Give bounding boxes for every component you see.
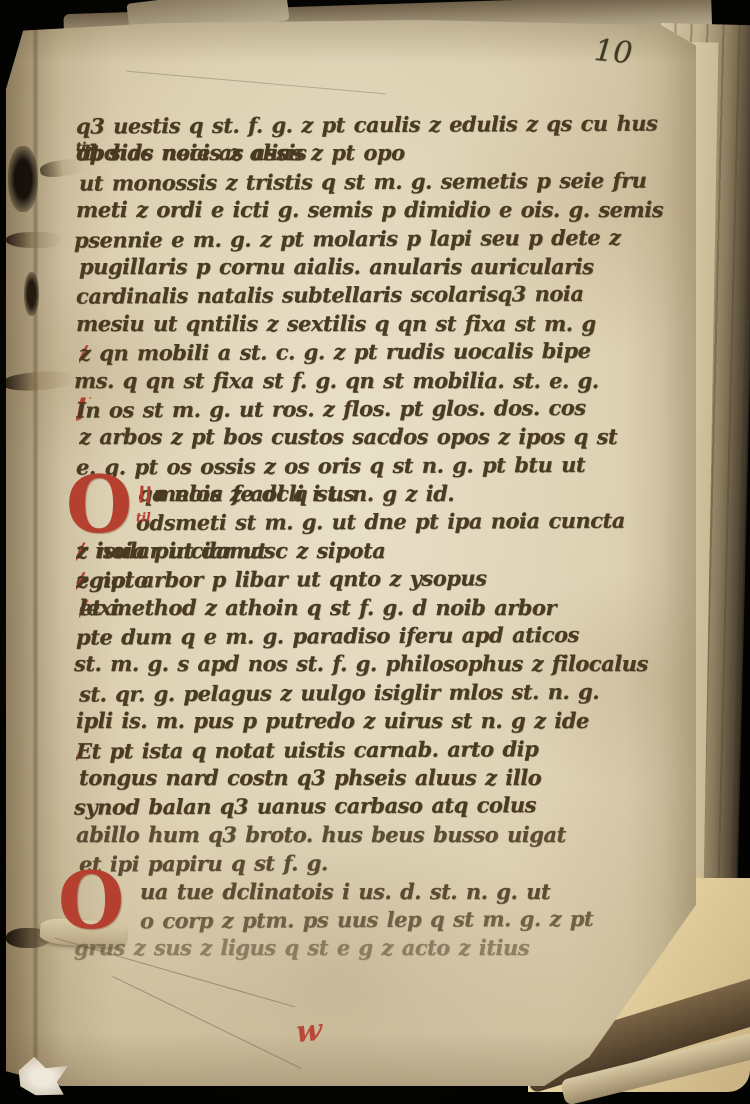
sewing-hole-2 (24, 272, 39, 316)
line-text: et method z athoin q st f. g. d noib arb… (79, 595, 556, 620)
text-line: synod balan q3 uanus carbaso atq colus (74, 792, 664, 823)
line-text: st. qr. g. pelagus z uulgo isiglir mlos … (79, 679, 599, 707)
line-text: ua tue dclinatois i us. d. st. n. g. ut (140, 879, 550, 904)
manuscript-page: 10 q3 uestis q st. f. g. z pt caulis z e… (6, 20, 696, 1086)
line-text: Et pt ista q notat uistis carnab. arto d… (76, 736, 538, 763)
text-line: ua tue dclinatois i us. d. st. n. g. ut (76, 879, 664, 907)
line-text: z qn mobili a st. c. g. z pt rudis uocal… (79, 338, 591, 366)
folio-number: 10 (592, 33, 665, 79)
text-line: cardinalis natalis subtellaris scolarisq… (76, 281, 664, 312)
rubric-mark: til (136, 511, 151, 525)
line-text: ab hac noie as assis (76, 140, 306, 165)
drop-cap-initial-1: O (66, 475, 136, 535)
text-line: /Et pt ista q notat uistis carnab. arto … (76, 735, 664, 766)
sewing-hole-1 (8, 146, 38, 212)
text-line: st. m. g. s apd nos st. f. g. philosophu… (74, 651, 664, 679)
text-block: q3 uestis q st. f. g. z pt caulis z edul… (76, 112, 664, 982)
line-text: synod balan q3 uanus carbaso atq colus (74, 793, 536, 820)
text-line: ms. q qn st fixa st f. g. qn st mobilia.… (74, 368, 664, 396)
line-text: abillo hum q3 broto. hus beus busso uiga… (76, 822, 566, 847)
line-text: lexi (79, 595, 119, 620)
line-text: q3 uestis q st. f. g. z pt caulis z edul… (76, 110, 657, 138)
line-text: pte dum q e m. g. paradiso iferu apd ati… (76, 622, 579, 650)
text-line: o corp z ptm. ps uus lep q st m. g. z pt (76, 905, 664, 936)
text-line: q3 uestis q st. f. g. z pt caulis z edul… (76, 110, 664, 141)
text-line: z arbos z pt bos custos sacdos opos z ip… (79, 424, 664, 452)
text-line: abillo hum q3 broto. hus beus busso uiga… (76, 822, 664, 850)
text-line: egipto / z noi arbor p libar ut qnto z y… (76, 565, 664, 596)
line-text: odsmeti st m. g. ut dne pt ipa noia cunc… (136, 508, 625, 536)
text-line: opotis ut sids necis z alias z pt opota … (76, 140, 664, 168)
line-text: psennie e m. g. z pt molaris p lapi seu … (74, 224, 621, 252)
quire-mark: w (295, 1012, 322, 1050)
text-line: grus z sus z ligus q st e g z acto z iti… (74, 935, 664, 963)
text-line: meti z ordi e icti g. semis p dimidio e … (76, 197, 664, 225)
manuscript-photo: 10 q3 uestis q st. f. g. z pt caulis z e… (0, 0, 750, 1104)
line-text: meti z ordi e icti g. semis p dimidio e … (76, 197, 663, 222)
line-text: st. m. g. s apd nos st. f. g. philosophu… (74, 651, 648, 676)
line-text: z arbos z pt bos custos sacdos opos z ip… (79, 424, 617, 449)
line-text: o corp z ptm. ps uus lep q st m. g. z pt (140, 906, 593, 933)
text-line: ipli is. m. pus p putredo z uirus st n. … (76, 708, 664, 736)
text-line: ut monossis z tristis q st m. g. semetis… (79, 167, 664, 198)
line-text: pugillaris p cornu aialis. anularis auri… (79, 254, 593, 279)
line-text: z noi arbor p libar ut qnto z ysopus (76, 566, 487, 593)
text-line: qa noia fe dcli i us melos z aol q st. n… (76, 481, 664, 509)
line-text: cardinalis natalis subtellaris scolarisq… (76, 281, 584, 309)
text-line: et ipi papiru q st f. g. (79, 849, 664, 880)
text-line: e. g. pt os ossis z os oris q st n. g. p… (76, 451, 664, 482)
line-text: mesiu ut qntilis z sextilis q qn st fixa… (76, 311, 596, 336)
line-text: grus z sus z ligus q st e g z acto z iti… (74, 935, 529, 960)
line-text: ms. q qn st fixa st f. g. qn st mobilia.… (74, 368, 599, 393)
text-line: psennie e m. g. z pt molaris p lapi seu … (74, 224, 664, 255)
line-text: ipli is. m. pus p putredo z uirus st n. … (76, 708, 589, 733)
text-line: pte dum q e m. g. paradiso iferu apd ati… (76, 621, 664, 652)
scratch-mark (126, 71, 385, 95)
line-text: melos z aol q st. n. g z id. (154, 481, 454, 506)
sewing-slit-1 (6, 232, 64, 248)
line-text: tongus nard costn q3 phseis aluus z illo (79, 765, 541, 790)
text-line: odsmeti st m. g. ut dne pt ipa noia cunc… (74, 508, 664, 539)
text-line: pugillaris p cornu aialis. anularis auri… (79, 254, 664, 282)
text-line: tongus nard costn q3 phseis aluus z illo (79, 765, 664, 793)
text-line: ſIn os st m. g. ut ros. z flos. pt glos.… (76, 394, 664, 425)
text-line: r isular ut damasc z sipota / z noia pin… (76, 538, 664, 566)
line-text: In os st m. g. ut ros. z flos. pt glos. … (76, 395, 586, 423)
text-line: st. qr. g. pelagus z uulgo isiglir mlos … (79, 678, 664, 709)
drop-cap-initial-2: O (58, 871, 128, 931)
line-text: e. g. pt os ossis z os oris q st n. g. p… (76, 452, 585, 480)
text-line: et method z athoin q st f. g. d noib arb… (79, 595, 664, 623)
text-line: mesiu ut qntilis z sextilis q qn st fixa… (76, 311, 664, 339)
scratch-mark (112, 976, 301, 1069)
text-line: /z qn mobili a st. c. g. z pt rudis uoca… (79, 338, 664, 369)
paragraph-mark (139, 486, 152, 504)
line-text: ut monossis z tristis q st m. g. semetis… (79, 167, 647, 195)
